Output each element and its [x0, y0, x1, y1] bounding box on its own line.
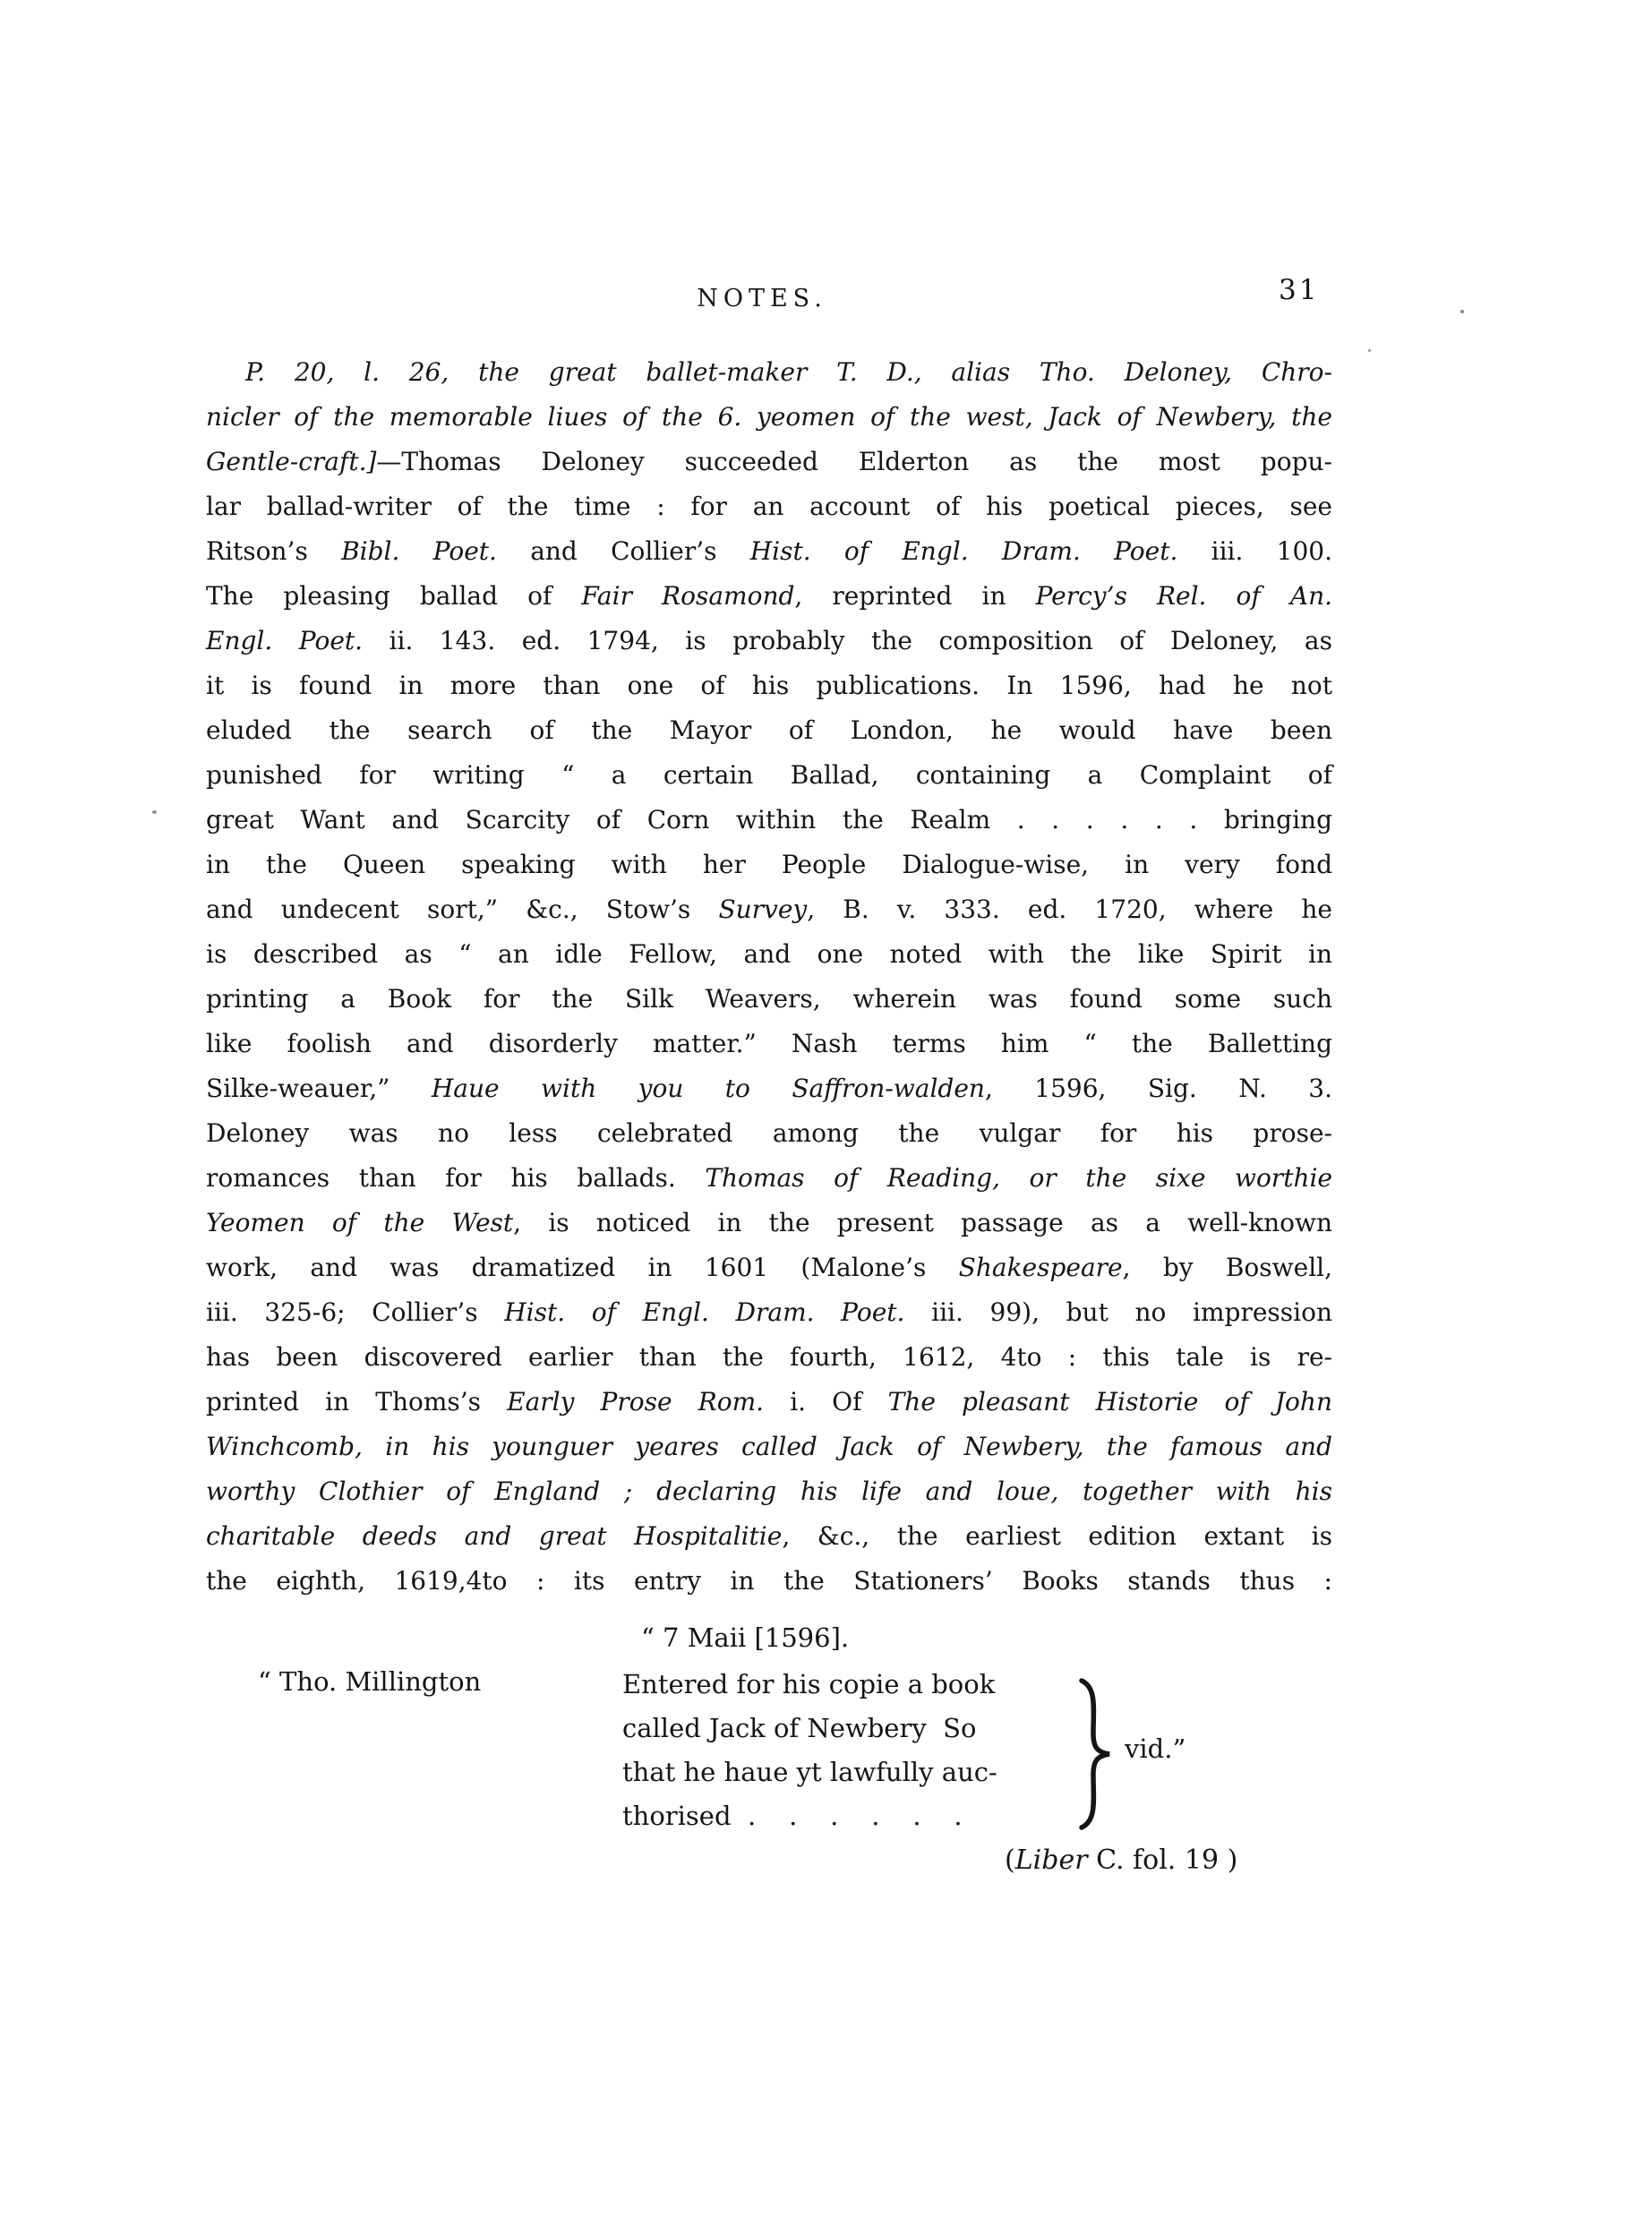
text-run: ii. 143. ed. 1794, is probably the compo… [363, 626, 1332, 655]
text-run: , reprinted in [794, 581, 1035, 611]
ink-speck [1460, 310, 1464, 313]
entry-line: called Jack of Newbery So [622, 1707, 997, 1750]
page-number: 31 [1279, 274, 1319, 306]
text-run: Ritson’s [206, 536, 341, 566]
paragraph-line: the eighth, 1619,4to : its entry in the … [206, 1559, 1332, 1604]
paragraph-line: Deloney was no less celebrated among the… [206, 1111, 1332, 1156]
text-run: Silke-weauer,” [206, 1074, 432, 1103]
italic-text-run: Hist. of Engl. Dram. Poet. [750, 536, 1178, 566]
text-run: printed in Thoms’s [206, 1387, 507, 1417]
italic-text-run: Shakespeare [959, 1253, 1123, 1282]
paragraph-line: The pleasing ballad of Fair Rosamond, re… [206, 574, 1332, 619]
paragraph-line: nicler of the memorable liues of the 6. … [206, 395, 1332, 440]
text-run: romances than for his ballads. [206, 1163, 705, 1193]
text-run: Deloney was no less celebrated among the… [206, 1118, 1332, 1148]
italic-text-run: Early Prose Rom. [507, 1387, 764, 1417]
paragraph-line: great Want and Scarcity of Corn within t… [206, 798, 1332, 843]
text-run: like foolish and disorderly matter.” Nas… [206, 1029, 1332, 1058]
text-run: The pleasing ballad of [206, 581, 581, 611]
entry-attribution: “ Tho. Millington [258, 1666, 481, 1697]
paragraph-line: punished for writing “ a certain Ballad,… [206, 753, 1332, 798]
paragraph-line: Silke-weauer,” Haue with you to Saffron-… [206, 1066, 1332, 1111]
right-brace-icon [1074, 1678, 1112, 1834]
italic-text-run: Engl. Poet. [206, 626, 363, 655]
entry-line: that he haue yt lawfully auc- [622, 1750, 997, 1794]
paragraph-line: Winchcomb, in his younguer yeares called… [206, 1425, 1332, 1469]
text-run: , &c., the earliest edition extant is [782, 1521, 1332, 1551]
italic-text-run: Gentle-craft.] [206, 447, 376, 476]
text-run: , B. v. 333. ed. 1720, where he [807, 895, 1332, 924]
paragraph-line: Engl. Poet. ii. 143. ed. 1794, is probab… [206, 619, 1332, 663]
text-run: eluded the search of the Mayor of London… [206, 715, 1332, 745]
italic-text-run: Bibl. Poet. [341, 536, 497, 566]
paragraph-line: Yeomen of the West, is noticed in the pr… [206, 1201, 1332, 1245]
paragraph-line: Ritson’s Bibl. Poet. and Collier’s Hist.… [206, 529, 1332, 574]
paragraph-line: eluded the search of the Mayor of London… [206, 708, 1332, 753]
text-run: is described as “ an idle Fellow, and on… [206, 939, 1332, 969]
entry-line: Entered for his copie a book [622, 1663, 997, 1707]
running-header-title: NOTES. [697, 285, 827, 312]
italic-text-run: Thomas of Reading, or the sixe worthie [705, 1163, 1332, 1193]
text-run: , is noticed in the present passage as a… [513, 1208, 1332, 1237]
paragraph-line: has been discovered earlier than the fou… [206, 1335, 1332, 1380]
text-run: , by Boswell, [1123, 1253, 1332, 1282]
text-run: ( [1005, 1845, 1015, 1876]
paragraph-line: it is found in more than one of his publ… [206, 663, 1332, 708]
paragraph-line: and undecent sort,” &c., Stow’s Survey, … [206, 887, 1332, 932]
paragraph-line: is described as “ an idle Fellow, and on… [206, 932, 1332, 977]
italic-text-run: Percy’s Rel. of An. [1036, 581, 1332, 611]
paragraph-line: P. 20, l. 26, the great ballet-maker T. … [206, 350, 1332, 395]
text-run: iii. 325-6; Collier’s [206, 1297, 504, 1327]
paragraph-line: charitable deeds and great Hospitalitie,… [206, 1514, 1332, 1559]
paragraph-line: Gentle-craft.]—Thomas Deloney succeeded … [206, 440, 1332, 484]
notes-paragraph: P. 20, l. 26, the great ballet-maker T. … [206, 350, 1332, 1604]
text-run: work, and was dramatized in 1601 (Malone… [206, 1253, 959, 1282]
entry-source-reference: (Liber C. fol. 19 ) [1005, 1845, 1237, 1876]
text-run: and Collier’s [497, 536, 750, 566]
italic-text-run: Winchcomb, in his younguer yeares called… [206, 1432, 1332, 1461]
italic-text-run: Liber [1015, 1845, 1088, 1876]
italic-text-run: Yeomen of the West [206, 1208, 513, 1237]
paragraph-line: printed in Thoms’s Early Prose Rom. i. O… [206, 1380, 1332, 1425]
ink-speck [152, 810, 157, 814]
paragraph-line: like foolish and disorderly matter.” Nas… [206, 1022, 1332, 1066]
italic-text-run: Haue with you to Saffron-walden [432, 1074, 985, 1103]
italic-text-run: Survey [718, 895, 807, 924]
entry-line: thorised . . . . . . [622, 1794, 997, 1838]
entry-text-block: Entered for his copie a bookcalled Jack … [622, 1663, 997, 1838]
paragraph-line: work, and was dramatized in 1601 (Malone… [206, 1245, 1332, 1290]
entry-date-line: “ 7 Maii [1596]. [641, 1622, 849, 1653]
text-run: iii. 100. [1177, 536, 1332, 566]
paragraph-line: iii. 325-6; Collier’s Hist. of Engl. Dra… [206, 1290, 1332, 1335]
paragraph-line: printing a Book for the Silk Weavers, wh… [206, 977, 1332, 1022]
text-run: , 1596, Sig. N. 3. [985, 1074, 1332, 1103]
scanned-book-page: NOTES. 31 P. 20, l. 26, the great ballet… [0, 0, 1652, 2217]
text-run: and undecent sort,” &c., Stow’s [206, 895, 718, 924]
text-run: —Thomas Deloney succeeded Elderton as th… [376, 447, 1332, 476]
paragraph-line: worthy Clothier of England ; declaring h… [206, 1469, 1332, 1514]
italic-text-run: charitable deeds and great Hospitalitie [206, 1521, 782, 1551]
italic-text-run: The pleasant Historie of John [888, 1387, 1332, 1417]
text-run: great Want and Scarcity of Corn within t… [206, 805, 1332, 835]
italic-text-run: P. 20, l. 26, the great ballet-maker T. … [245, 357, 1332, 387]
italic-text-run: Hist. of Engl. Dram. Poet. [504, 1297, 904, 1327]
text-run: has been discovered earlier than the fou… [206, 1342, 1332, 1372]
text-run: in the Queen speaking with her People Di… [206, 850, 1332, 879]
text-run: printing a Book for the Silk Weavers, wh… [206, 984, 1332, 1014]
italic-text-run: worthy Clothier of England ; declaring h… [206, 1477, 1332, 1506]
paragraph-line: in the Queen speaking with her People Di… [206, 843, 1332, 887]
italic-text-run: Fair Rosamond [581, 581, 794, 611]
text-run: iii. 99), but no impression [904, 1297, 1332, 1327]
paragraph-line: romances than for his ballads. Thomas of… [206, 1156, 1332, 1201]
paragraph-line: lar ballad-writer of the time : for an a… [206, 484, 1332, 529]
text-run: it is found in more than one of his publ… [206, 671, 1332, 700]
entry-side-note: vid.” [1125, 1733, 1186, 1764]
ink-speck [1368, 349, 1371, 352]
text-run: C. fol. 19 ) [1088, 1845, 1238, 1876]
text-run: i. Of [764, 1387, 888, 1417]
text-run: lar ballad-writer of the time : for an a… [206, 492, 1332, 521]
italic-text-run: nicler of the memorable liues of the 6. … [206, 402, 1332, 432]
text-run: the eighth, 1619,4to : its entry in the … [206, 1566, 1332, 1596]
text-run: punished for writing “ a certain Ballad,… [206, 760, 1332, 790]
